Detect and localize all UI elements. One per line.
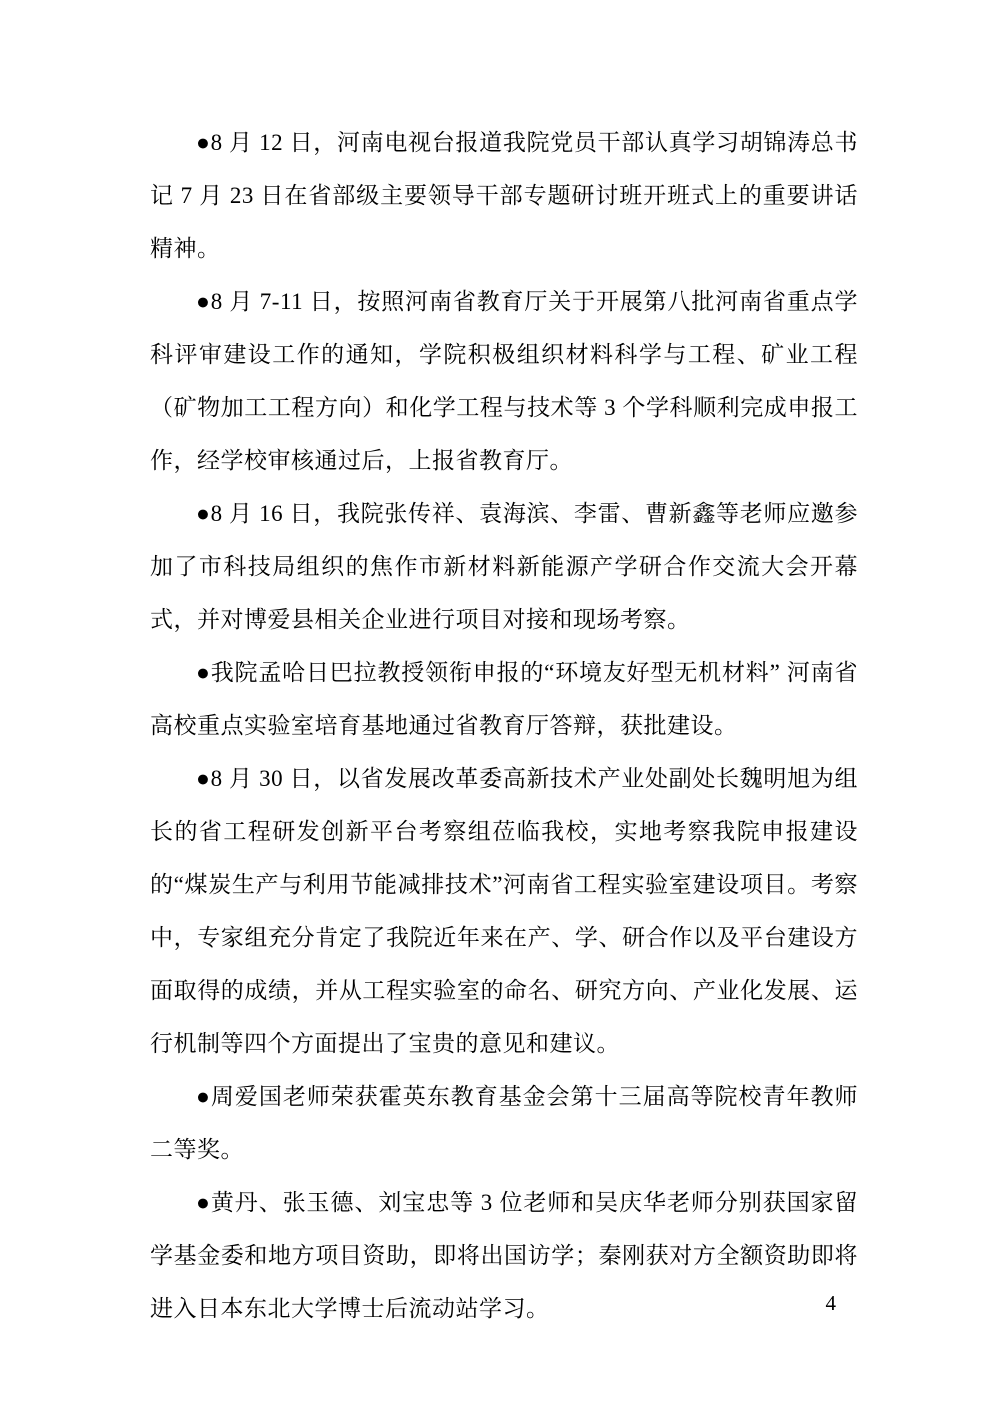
bullet-paragraph: ●我院孟哈日巴拉教授领衔申报的“环境友好型无机材料” 河南省高校重点实验室培育基…	[150, 646, 858, 752]
page-number: 4	[150, 1291, 848, 1315]
document-body: ●8 月 12 日，河南电视台报道我院党员干部认真学习胡锦涛总书记 7 月 23…	[150, 116, 858, 1335]
bullet-paragraph: ●8 月 7-11 日，按照河南省教育厅关于开展第八批河南省重点学科评审建设工作…	[150, 275, 858, 487]
bullet-paragraph: ●8 月 16 日，我院张传祥、袁海滨、李雷、曹新鑫等老师应邀参加了市科技局组织…	[150, 487, 858, 646]
bullet-paragraph: ●8 月 30 日，以省发展改革委高新技术产业处副处长魏明旭为组长的省工程研发创…	[150, 752, 858, 1070]
document-page: ●8 月 12 日，河南电视台报道我院党员干部认真学习胡锦涛总书记 7 月 23…	[0, 0, 992, 1403]
bullet-paragraph: ●8 月 12 日，河南电视台报道我院党员干部认真学习胡锦涛总书记 7 月 23…	[150, 116, 858, 275]
bullet-paragraph: ●周爱国老师荣获霍英东教育基金会第十三届高等院校青年教师二等奖。	[150, 1070, 858, 1176]
